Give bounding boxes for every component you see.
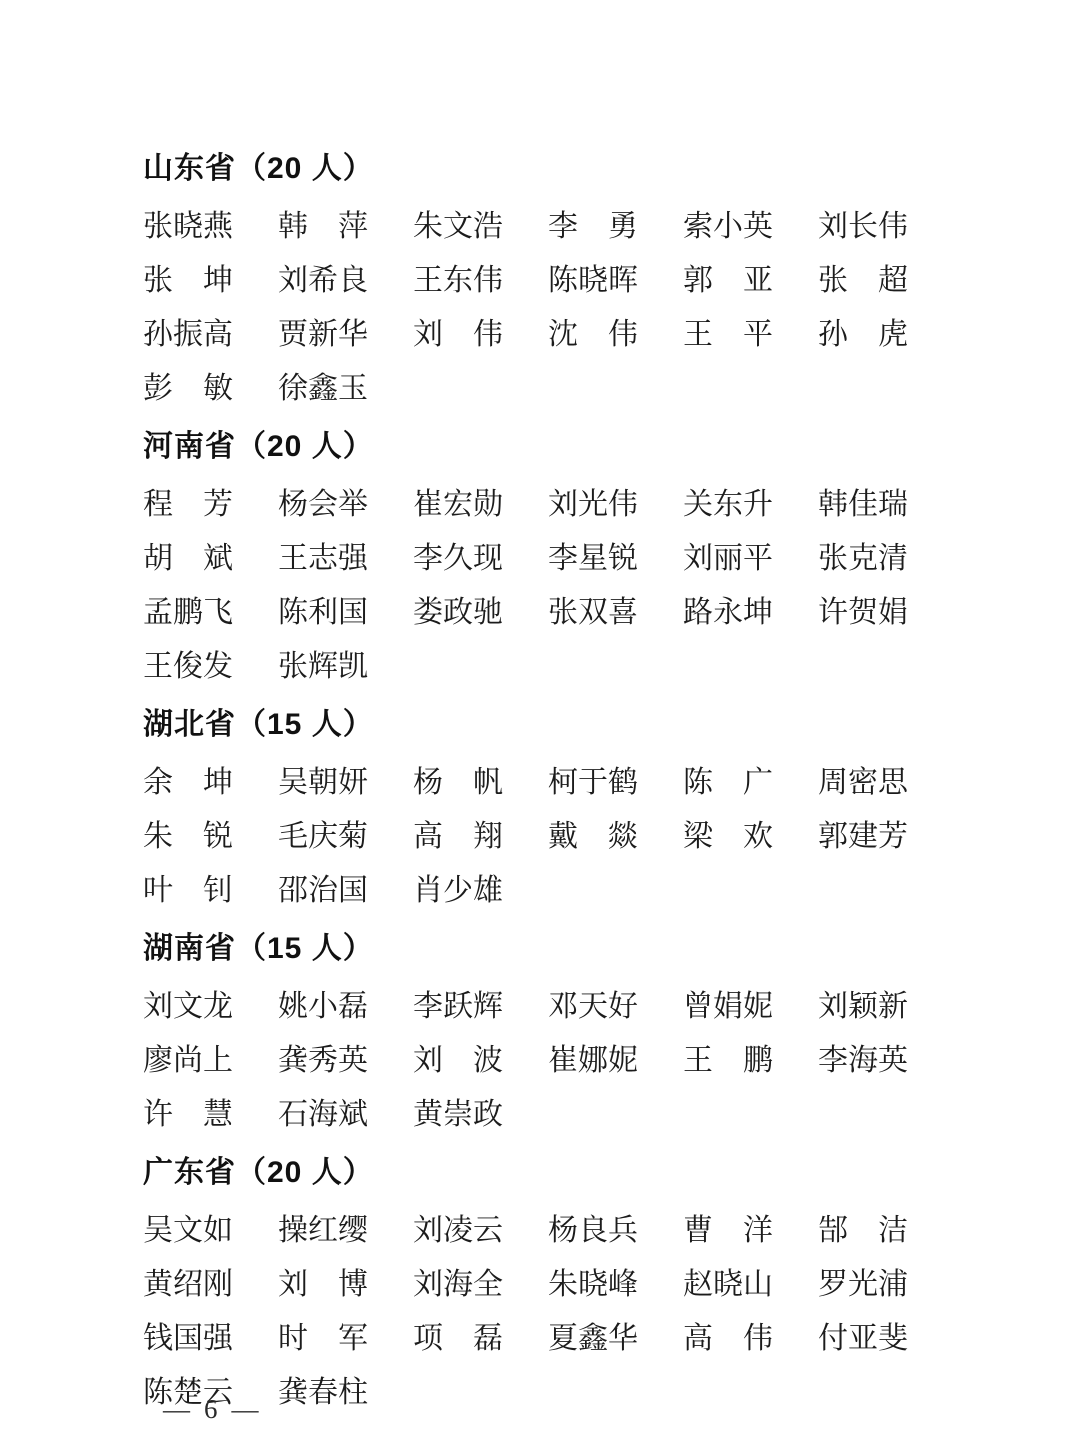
name-row: 钱国强时 军项 磊夏鑫华高 伟付亚斐	[143, 1312, 943, 1366]
name-row: 彭 敏徐鑫玉	[143, 362, 943, 416]
person-name: 吴文如	[143, 1204, 233, 1258]
person-name: 孙 虎	[818, 308, 908, 362]
person-name: 张晓燕	[143, 200, 233, 254]
person-name: 杨 帆	[413, 756, 503, 810]
person-name: 李星锐	[548, 532, 638, 586]
person-name: 刘文龙	[143, 980, 233, 1034]
person-name: 陈利国	[278, 586, 368, 640]
document-page: 山东省（20 人）张晓燕韩 萍朱文浩李 勇索小英刘长伟张 坤刘希良王东伟陈晓晖郭…	[0, 0, 1080, 1450]
person-name: 王东伟	[413, 254, 503, 308]
person-name: 龚春柱	[278, 1366, 368, 1420]
person-name: 刘 博	[278, 1258, 368, 1312]
person-name: 朱文浩	[413, 200, 503, 254]
province-heading: 湖南省（15 人）	[143, 926, 943, 972]
person-name: 娄政驰	[413, 586, 503, 640]
person-name: 张辉凯	[278, 640, 368, 694]
person-name: 韩 萍	[278, 200, 368, 254]
person-name: 贾新华	[278, 308, 368, 362]
person-name: 吴朝妍	[278, 756, 368, 810]
person-name: 崔娜妮	[548, 1034, 638, 1088]
name-row: 孙振高贾新华刘 伟沈 伟王 平孙 虎	[143, 308, 943, 362]
name-row: 许 慧石海斌黄崇政	[143, 1088, 943, 1142]
person-name: 关东升	[683, 478, 773, 532]
person-name: 邓天好	[548, 980, 638, 1034]
person-name: 时 军	[278, 1312, 368, 1366]
person-name: 李跃辉	[413, 980, 503, 1034]
province-heading: 湖北省（15 人）	[143, 702, 943, 748]
person-name: 朱晓峰	[548, 1258, 638, 1312]
person-name: 杨良兵	[548, 1204, 638, 1258]
name-row: 陈楚云龚春柱	[143, 1366, 943, 1420]
province-section: 河南省（20 人）程 芳杨会举崔宏勋刘光伟关东升韩佳瑞胡 斌王志强李久现李星锐刘…	[143, 424, 943, 694]
person-name: 龚秀英	[278, 1034, 368, 1088]
person-name: 黄崇政	[413, 1088, 503, 1142]
person-name: 刘海全	[413, 1258, 503, 1312]
person-name: 李海英	[818, 1034, 908, 1088]
person-name: 陈 广	[683, 756, 773, 810]
person-name: 曾娟妮	[683, 980, 773, 1034]
person-name: 郜 洁	[818, 1204, 908, 1258]
person-name: 刘希良	[278, 254, 368, 308]
name-row: 叶 钊邵治国肖少雄	[143, 864, 943, 918]
person-name: 赵晓山	[683, 1258, 773, 1312]
person-name: 朱 锐	[143, 810, 233, 864]
name-row: 王俊发张辉凯	[143, 640, 943, 694]
person-name: 肖少雄	[413, 864, 503, 918]
person-name: 郭建芳	[818, 810, 908, 864]
person-name: 李久现	[413, 532, 503, 586]
person-name: 邵治国	[278, 864, 368, 918]
name-row: 张 坤刘希良王东伟陈晓晖郭 亚张 超	[143, 254, 943, 308]
person-name: 郭 亚	[683, 254, 773, 308]
person-name: 程 芳	[143, 478, 233, 532]
person-name: 梁 欢	[683, 810, 773, 864]
person-name: 许 慧	[143, 1088, 233, 1142]
page-footer: — 6 —	[163, 1392, 259, 1426]
person-name: 王俊发	[143, 640, 233, 694]
name-row: 朱 锐毛庆菊高 翔戴 燚梁 欢郭建芳	[143, 810, 943, 864]
person-name: 陈晓晖	[548, 254, 638, 308]
province-section: 山东省（20 人）张晓燕韩 萍朱文浩李 勇索小英刘长伟张 坤刘希良王东伟陈晓晖郭…	[143, 146, 943, 416]
person-name: 夏鑫华	[548, 1312, 638, 1366]
person-name: 孙振高	[143, 308, 233, 362]
person-name: 胡 斌	[143, 532, 233, 586]
person-name: 张 坤	[143, 254, 233, 308]
person-name: 姚小磊	[278, 980, 368, 1034]
footer-dash-right: —	[232, 1392, 259, 1426]
person-name: 路永坤	[683, 586, 773, 640]
person-name: 毛庆菊	[278, 810, 368, 864]
person-name: 索小英	[683, 200, 773, 254]
person-name: 刘 波	[413, 1034, 503, 1088]
person-name: 黄绍刚	[143, 1258, 233, 1312]
name-row: 胡 斌王志强李久现李星锐刘丽平张克清	[143, 532, 943, 586]
name-row: 程 芳杨会举崔宏勋刘光伟关东升韩佳瑞	[143, 478, 943, 532]
person-name: 王志强	[278, 532, 368, 586]
person-name: 刘颖新	[818, 980, 908, 1034]
name-list: 山东省（20 人）张晓燕韩 萍朱文浩李 勇索小英刘长伟张 坤刘希良王东伟陈晓晖郭…	[143, 146, 943, 1420]
person-name: 王 鹏	[683, 1034, 773, 1088]
person-name: 操红缨	[278, 1204, 368, 1258]
province-section: 广东省（20 人）吴文如操红缨刘凌云杨良兵曹 洋郜 洁黄绍刚刘 博刘海全朱晓峰赵…	[143, 1150, 943, 1420]
name-row: 吴文如操红缨刘凌云杨良兵曹 洋郜 洁	[143, 1204, 943, 1258]
person-name: 刘凌云	[413, 1204, 503, 1258]
person-name: 崔宏勋	[413, 478, 503, 532]
person-name: 刘长伟	[818, 200, 908, 254]
person-name: 周密思	[818, 756, 908, 810]
person-name: 许贺娟	[818, 586, 908, 640]
person-name: 刘 伟	[413, 308, 503, 362]
person-name: 杨会举	[278, 478, 368, 532]
person-name: 余 坤	[143, 756, 233, 810]
province-heading: 广东省（20 人）	[143, 1150, 943, 1196]
person-name: 钱国强	[143, 1312, 233, 1366]
province-heading: 山东省（20 人）	[143, 146, 943, 192]
person-name: 张双喜	[548, 586, 638, 640]
person-name: 高 伟	[683, 1312, 773, 1366]
person-name: 王 平	[683, 308, 773, 362]
person-name: 罗光浦	[818, 1258, 908, 1312]
person-name: 韩佳瑞	[818, 478, 908, 532]
person-name: 张克清	[818, 532, 908, 586]
name-row: 余 坤吴朝妍杨 帆柯于鹤陈 广周密思	[143, 756, 943, 810]
name-row: 廖尚上龚秀英刘 波崔娜妮王 鹏李海英	[143, 1034, 943, 1088]
person-name: 孟鹏飞	[143, 586, 233, 640]
person-name: 李 勇	[548, 200, 638, 254]
province-heading: 河南省（20 人）	[143, 424, 943, 470]
person-name: 石海斌	[278, 1088, 368, 1142]
page-number: 6	[204, 1392, 218, 1426]
province-section: 湖北省（15 人）余 坤吴朝妍杨 帆柯于鹤陈 广周密思朱 锐毛庆菊高 翔戴 燚梁…	[143, 702, 943, 918]
person-name: 张 超	[818, 254, 908, 308]
person-name: 刘丽平	[683, 532, 773, 586]
footer-dash-left: —	[163, 1392, 190, 1426]
name-row: 张晓燕韩 萍朱文浩李 勇索小英刘长伟	[143, 200, 943, 254]
person-name: 刘光伟	[548, 478, 638, 532]
name-row: 孟鹏飞陈利国娄政驰张双喜路永坤许贺娟	[143, 586, 943, 640]
person-name: 付亚斐	[818, 1312, 908, 1366]
person-name: 戴 燚	[548, 810, 638, 864]
person-name: 沈 伟	[548, 308, 638, 362]
person-name: 徐鑫玉	[278, 362, 368, 416]
name-row: 黄绍刚刘 博刘海全朱晓峰赵晓山罗光浦	[143, 1258, 943, 1312]
person-name: 廖尚上	[143, 1034, 233, 1088]
person-name: 曹 洋	[683, 1204, 773, 1258]
name-row: 刘文龙姚小磊李跃辉邓天好曾娟妮刘颖新	[143, 980, 943, 1034]
person-name: 柯于鹤	[548, 756, 638, 810]
person-name: 高 翔	[413, 810, 503, 864]
province-section: 湖南省（15 人）刘文龙姚小磊李跃辉邓天好曾娟妮刘颖新廖尚上龚秀英刘 波崔娜妮王…	[143, 926, 943, 1142]
person-name: 项 磊	[413, 1312, 503, 1366]
person-name: 彭 敏	[143, 362, 233, 416]
person-name: 叶 钊	[143, 864, 233, 918]
